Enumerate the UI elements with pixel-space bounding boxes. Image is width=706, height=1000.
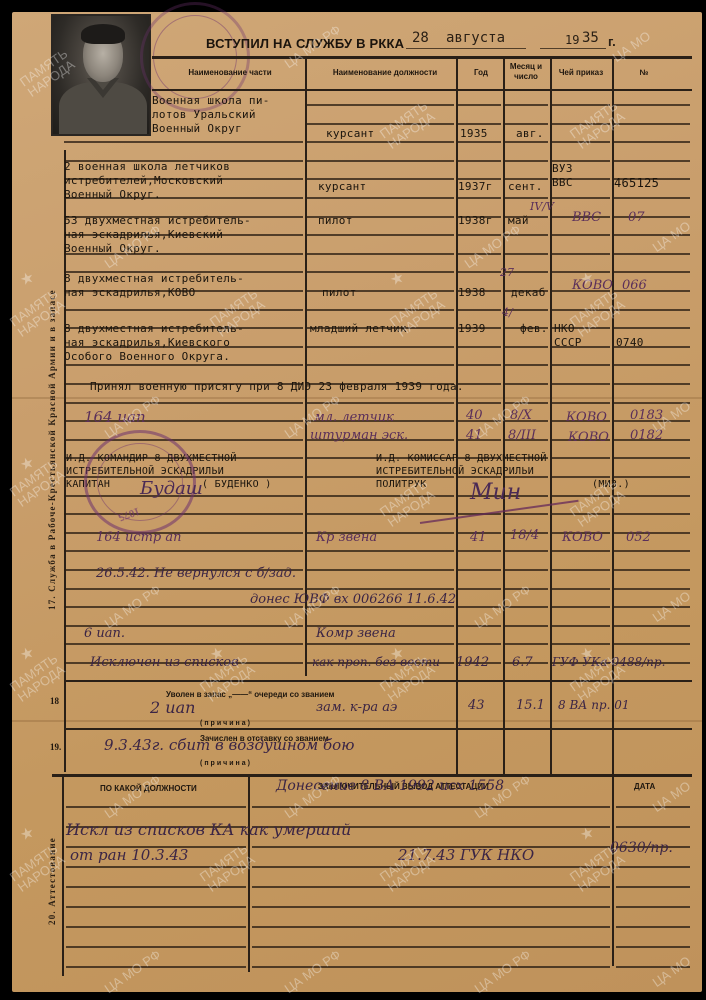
row1-position: курсант <box>326 127 374 141</box>
hw2-order: КОВО <box>568 430 609 445</box>
ruled-line <box>458 346 501 348</box>
row5-order: НКО СССР <box>554 322 582 350</box>
later5-order-number: ГУФ УКа-0488/пр. <box>552 655 665 669</box>
ruled-line <box>66 946 246 948</box>
ruled-line <box>552 625 610 627</box>
ruled-line <box>252 806 610 808</box>
later1-position: Кр звена <box>316 530 377 545</box>
ruled-line <box>64 141 303 143</box>
ruled-line <box>64 364 303 366</box>
ruled-line <box>616 886 690 888</box>
later5-unit: Исключен из списков <box>90 655 239 670</box>
ruled-line <box>307 569 454 571</box>
paper-fold <box>12 720 702 722</box>
hw1-year: 40 <box>466 408 483 423</box>
later1-order: КОВО <box>562 530 603 545</box>
row3-unit: 53 двухместная истребитель- ная эскадрил… <box>64 214 251 256</box>
ruled-line <box>552 513 610 515</box>
ruled-line <box>552 197 610 199</box>
ruled-line <box>252 926 610 928</box>
ruled-line <box>252 946 610 948</box>
hw2-month: 8/III <box>508 428 536 443</box>
section-18-month: 15.1 <box>516 698 545 713</box>
row3-note: IV/V <box>530 200 554 213</box>
ruled-line <box>307 588 454 590</box>
ruled-line <box>552 104 610 106</box>
ruled-line <box>552 588 610 590</box>
ruled-line <box>252 866 610 868</box>
ruled-line <box>307 364 454 366</box>
ruled-line <box>505 123 548 125</box>
row2-order: ВУЗ ВВС <box>552 162 573 190</box>
ruled-line <box>307 402 454 404</box>
ruled-line <box>614 495 690 497</box>
row4-position: пилот <box>322 286 357 300</box>
ruled-line <box>552 495 610 497</box>
ruled-line <box>614 550 690 552</box>
ruled-line <box>552 402 610 404</box>
ruled-line <box>307 271 454 273</box>
ruled-line <box>614 234 690 236</box>
ruled-line <box>66 906 246 908</box>
ruled-line <box>307 123 454 125</box>
section-18-unit: 2 иап <box>150 698 195 717</box>
row1-unit: Военная школа пи- лотов Уральский Военны… <box>152 94 270 136</box>
ruled-line <box>505 513 548 515</box>
row2-year: 1937г <box>458 180 493 194</box>
later2-text: 26.5.42. Не вернулся с б/зад. <box>96 566 296 581</box>
row4-unit: 8 двухместная истребитель- ная эскадриль… <box>64 272 244 300</box>
later1-number: 052 <box>626 530 651 545</box>
ruled-line <box>616 926 690 928</box>
ruled-line <box>458 104 501 106</box>
row3-number: 07 <box>628 210 645 225</box>
ruled-line <box>64 588 303 590</box>
ruled-line <box>252 886 610 888</box>
ruled-line <box>307 346 454 348</box>
ruled-line <box>307 253 454 255</box>
ruled-line <box>552 569 610 571</box>
ruled-line <box>614 141 690 143</box>
attestation-handwritten-header: Донесение 8 ВА 1992 исх 1558 <box>276 778 504 794</box>
col-month-header: Месяц и число <box>505 62 547 82</box>
ruled-line <box>616 866 690 868</box>
header-day: 28 <box>412 30 429 46</box>
ruled-line <box>458 606 501 608</box>
ruled-line <box>552 141 610 143</box>
ruled-line <box>614 327 690 329</box>
ruled-line <box>505 569 548 571</box>
section-18-top <box>64 680 692 682</box>
ruled-line <box>616 806 690 808</box>
table-top-border <box>152 56 692 59</box>
section-17-label: 17. Служба в Рабоче-Крестьянской Красной… <box>47 289 57 610</box>
ruled-line <box>614 513 690 515</box>
ruled-line <box>64 643 303 645</box>
section-19-text: 9.3.43г. сбит в воздушном бою <box>104 736 354 754</box>
ruled-line <box>614 216 690 218</box>
ruled-line <box>552 364 610 366</box>
col-unit-header: Наименование части <box>160 68 300 78</box>
ruled-line <box>458 588 501 590</box>
ruled-line <box>505 550 548 552</box>
section-20-label: 20. Аттестование <box>47 837 57 925</box>
row4-note: 27 <box>500 266 514 279</box>
row5-month: фев. <box>520 322 548 336</box>
ruled-line <box>307 104 454 106</box>
row3-year: 1938г <box>458 214 493 228</box>
header-year-label: г. <box>608 34 616 49</box>
attestation-line2-right: 0630/пр. <box>610 840 673 856</box>
later5-position: как проп. без вести <box>312 655 440 669</box>
ruled-line <box>458 643 501 645</box>
ruled-line <box>505 606 548 608</box>
ruled-line <box>458 160 501 162</box>
ruled-line <box>614 402 690 404</box>
ruled-line <box>614 606 690 608</box>
ruled-line <box>552 253 610 255</box>
ruled-line <box>458 402 501 404</box>
later1-month: 18/4 <box>510 528 539 543</box>
ruled-line <box>307 141 454 143</box>
hw1-order: КОВО <box>566 410 607 425</box>
ruled-line <box>614 569 690 571</box>
ruled-line <box>307 309 454 311</box>
row4-year: 1938 <box>458 286 486 300</box>
ruled-line <box>614 104 690 106</box>
ruled-line <box>505 588 548 590</box>
ruled-line <box>505 197 548 199</box>
ruled-line <box>458 123 501 125</box>
ruled-line <box>66 806 246 808</box>
ruled-line <box>307 234 454 236</box>
ruled-line <box>552 457 610 459</box>
ruled-line <box>252 966 610 968</box>
section-18-bottom <box>64 728 692 730</box>
date-underline <box>406 48 526 49</box>
col-year-header: Год <box>460 68 502 78</box>
ruled-line <box>614 364 690 366</box>
ruled-line <box>252 906 610 908</box>
later5-year: 1942 <box>456 655 489 670</box>
ruled-line <box>552 550 610 552</box>
ruled-line <box>66 926 246 928</box>
ruled-line <box>307 197 454 199</box>
header-month: августа <box>446 30 505 46</box>
commander-name: ( БУДЕНКО ) <box>202 478 272 492</box>
ruled-line <box>614 309 690 311</box>
ruled-line <box>552 383 610 385</box>
row5-unit: 8 двухместная истребитель- ная эскадриль… <box>64 322 244 364</box>
row5-note: 4/ <box>502 306 513 319</box>
row1-month: авг. <box>516 127 544 141</box>
ruled-line <box>307 643 454 645</box>
ruled-line <box>458 309 501 311</box>
ruled-line <box>614 253 690 255</box>
row5-number: 0740 <box>616 336 644 350</box>
ruled-line <box>64 439 303 441</box>
ruled-line <box>614 457 690 459</box>
hw2-position: штурман эск. <box>310 428 408 443</box>
section-19-caption: (причина) <box>200 760 252 767</box>
section-18-year: 43 <box>468 698 485 713</box>
header-year-prefix: 19 <box>565 33 579 47</box>
ruled-line <box>458 141 501 143</box>
attestation-top <box>52 774 692 777</box>
ruled-line <box>616 946 690 948</box>
ruled-line <box>616 906 690 908</box>
ruled-line <box>505 104 548 106</box>
header-bottom-border <box>152 89 692 91</box>
ruled-line <box>614 643 690 645</box>
later3-text: донес ЮВФ вх 006266 11.6.42 <box>250 592 456 607</box>
paper-fold <box>12 397 702 399</box>
ruled-line <box>307 550 454 552</box>
oath-line: Принял военную присягу при 8 ДИЭ 23 февр… <box>90 380 464 394</box>
ruled-line <box>458 271 501 273</box>
ruled-line <box>505 625 548 627</box>
later5-month: 6.7 <box>512 655 533 670</box>
ruled-line <box>66 966 246 968</box>
commissar-name: (МИЗ.) <box>592 478 630 492</box>
hw1-month: 8/X <box>510 408 532 423</box>
section-18-order: 8 ВА пр. 01 <box>558 698 630 712</box>
ruled-line <box>505 643 548 645</box>
ruled-line <box>458 253 501 255</box>
ruled-line <box>616 966 690 968</box>
later4-unit: 6 иап. <box>84 626 125 641</box>
ruled-line <box>614 383 690 385</box>
ruled-line <box>552 309 610 311</box>
ruled-line <box>616 826 690 828</box>
ruled-line <box>66 866 246 868</box>
ruled-line <box>505 141 548 143</box>
hw1-position: мл. летчик <box>314 410 394 425</box>
row4-month: декаб <box>511 286 546 300</box>
later4-position: Комр звена <box>316 626 396 641</box>
ruled-line <box>614 271 690 273</box>
row4-order: КОВО <box>572 278 613 293</box>
ruled-line <box>505 346 548 348</box>
ruled-line <box>307 513 454 515</box>
section-18-caption: (причина) <box>200 720 252 727</box>
ruled-line <box>552 123 610 125</box>
col-order-header: Чей приказ <box>552 68 610 78</box>
attestation-col-position: ПО КАКОЙ ДОЛЖНОСТИ <box>100 784 197 793</box>
portrait-photo <box>51 14 151 136</box>
attestation-col-divider <box>248 776 250 972</box>
ruled-line <box>64 309 303 311</box>
header-title: ВСТУПИЛ НА СЛУЖБУ В РККА <box>206 36 404 51</box>
photo-hair <box>81 24 125 44</box>
ruled-line <box>64 550 303 552</box>
ruled-line <box>66 886 246 888</box>
ruled-line <box>614 197 690 199</box>
ruled-line <box>458 234 501 236</box>
ruled-line <box>458 569 501 571</box>
ruled-line <box>505 402 548 404</box>
ruled-line <box>552 606 610 608</box>
row3-order: ВВС <box>572 210 601 225</box>
ruled-line <box>505 160 548 162</box>
ruled-line <box>307 160 454 162</box>
row1-year: 1935 <box>460 127 488 141</box>
section-18-num: 18 <box>50 696 59 706</box>
commissar-signature: Мин <box>470 480 521 505</box>
ruled-line <box>505 364 548 366</box>
ruled-line <box>458 383 501 385</box>
ruled-line <box>552 234 610 236</box>
ruled-line <box>552 271 610 273</box>
attestation-line2-left: от ран 10.3.43 <box>70 846 188 864</box>
commander-signature: Будаш <box>140 478 203 499</box>
ruled-line <box>614 588 690 590</box>
ruled-line <box>614 160 690 162</box>
ruled-line <box>614 123 690 125</box>
attestation-line2-mid: 21.7.43 ГУК НКО <box>398 846 534 864</box>
hw2-year: 41 <box>466 428 483 443</box>
row3-month: май <box>508 214 529 228</box>
col-divider <box>503 56 505 776</box>
section-19-num: 19. <box>50 742 61 752</box>
ruled-line <box>505 253 548 255</box>
hw1-number: 0183 <box>630 408 663 423</box>
row5-year: 1939 <box>458 322 486 336</box>
header-year-suffix: 35 <box>582 30 599 46</box>
col-number-header: № <box>614 68 674 78</box>
col-position-header: Наименование должности <box>310 68 460 78</box>
later1-year: 41 <box>470 530 487 545</box>
ruled-line <box>552 643 610 645</box>
hw2-number: 0182 <box>630 428 663 443</box>
ruled-line <box>505 383 548 385</box>
row4-number: 066 <box>622 278 647 293</box>
ruled-line <box>505 234 548 236</box>
row2-position: курсант <box>318 180 366 194</box>
attestation-col-date: ДАТА <box>634 782 655 791</box>
attestation-col-divider <box>612 776 614 966</box>
later1-unit: 164 истр ап <box>96 530 182 545</box>
section-18-position: зам. к-ра аэ <box>316 700 397 715</box>
row2-unit: 2 военная школа летчиков истребителей,Мо… <box>64 160 230 202</box>
row2-number: 465125 <box>614 176 659 190</box>
attestation-left-line <box>62 776 64 976</box>
ruled-line <box>458 197 501 199</box>
hw1-unit: 164 иап <box>84 408 146 426</box>
ruled-line <box>458 550 501 552</box>
ruled-line <box>307 495 454 497</box>
ruled-line <box>614 625 690 627</box>
date-underline <box>540 48 606 49</box>
row3-position: пилот <box>318 214 353 228</box>
row5-position: младший летчик <box>310 322 407 336</box>
col-divider <box>305 56 307 676</box>
row2-month: сент. <box>508 180 543 194</box>
attestation-line1: Искл из списков КА как умерший <box>66 820 351 839</box>
ruled-line <box>458 364 501 366</box>
ruled-line <box>64 402 303 404</box>
ruled-line <box>458 625 501 627</box>
